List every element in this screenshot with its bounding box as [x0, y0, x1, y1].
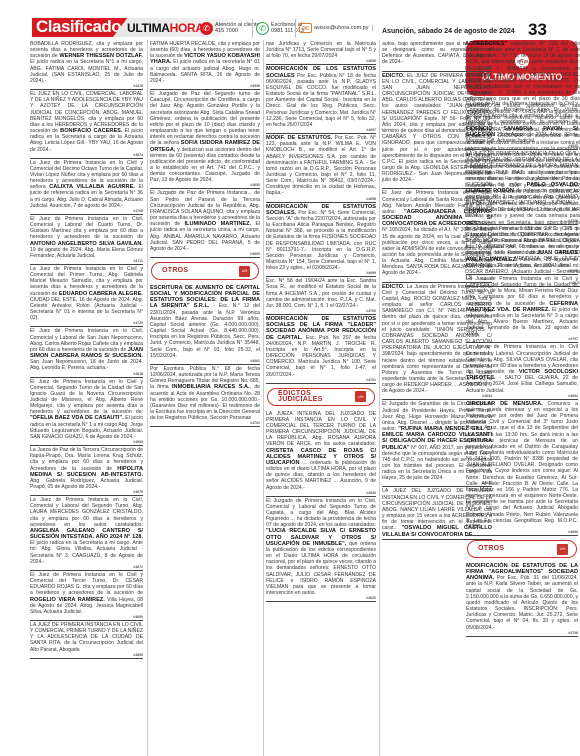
ad-name: ANTONIO ANGELBERTO SILVA GAVILAN. [30, 241, 143, 247]
ad-code: #4690 [466, 530, 578, 534]
ad-code: #4618 [30, 372, 143, 376]
classified-ad: LA JUEZ DE PRIMERA INSTANCIA EN LO CIVIL… [466, 150, 578, 225]
ad-text: El Juzgado de Primera Instancia en lo Ci… [266, 498, 376, 529]
ad-text: Esc. N° 58 del 19/04/24 ante la Esc. San… [266, 278, 376, 309]
classified-ad: BOBADILLA RODRÍGUEZ, cita y emplaza por … [30, 40, 143, 90]
section-title-banner: Clasificados [32, 18, 128, 37]
ad-name: EDICTO. [382, 73, 405, 79]
section-header-otros: OTROSUH [467, 540, 577, 558]
ad-text: Por Esc. Pública N° 18 de fecha 06/06/20… [266, 73, 376, 128]
classified-ad: MODIFICACIÓN DE LOS ESTATUTOS SOCIALES P… [266, 65, 376, 134]
classified-ad: FATIMA HUERTA RECALDE, cita y emplaza po… [150, 40, 260, 90]
ad-text: Abg. Gabriela Rodríguez, Actuaria Judici… [30, 478, 143, 490]
ad-text: - Esc. N.° 12 del 23/01/2024, pasada ant… [150, 303, 260, 358]
ad-text: El Juez de Primera Instancia en lo Civil… [30, 572, 143, 596]
classified-ad: MODIFICACIÓN DE ESTATUTOS SOCIALES. Por … [266, 203, 376, 278]
classified-ad: MODIF. DE ESTATUTOS. Por Esc. Pub. N° 12… [266, 134, 376, 203]
ad-code: #4705 [466, 219, 578, 223]
brand-logo: ULTIMAHORA [127, 21, 204, 35]
ad-code: #4672 [30, 565, 143, 569]
ad-code: #4659 [30, 615, 143, 619]
ad-code: #4694 [466, 394, 578, 398]
ad-code: #4525 [466, 144, 578, 148]
ad-name: ANGELINA GALEANO CANTERO S/ SUCESIÓN INT… [30, 528, 143, 540]
ad-text: CIUDAD DEL ESTE, 16 de Agosto de 2024. A… [30, 297, 143, 321]
classified-ad: La Jueza de Paz de la Tercera Circunscri… [30, 446, 143, 496]
ad-code: #4699 [266, 271, 376, 275]
classified-ad: El Juez de Paz de Primera Instancia en l… [466, 100, 578, 150]
contact-email[interactable]: ✉ avisos@uhora.com.py [295, 19, 373, 37]
ad-code: #4640 [266, 491, 376, 495]
classified-ad: La Jueza de Primera Instancia en lo Civi… [466, 343, 578, 399]
ad-code: #4707 [466, 337, 578, 341]
classified-ad: nas Jurídicas y Comercio en la Matrícula… [266, 40, 376, 65]
classified-ad: El Juzgado de Primera Instancia en lo Ci… [266, 497, 376, 603]
column-3: nas Jurídicas y Comercio en la Matrícula… [263, 40, 376, 756]
ad-code: #4700 [266, 309, 376, 313]
phone-icon: ✆ [200, 22, 213, 35]
ad-name: "OFELIA BAEZ VDA DE CASAUTI". [30, 415, 124, 421]
ad-code: #4701 [266, 378, 376, 382]
section-header-edictos: EDICTOS JUDICIALESUH [267, 388, 375, 406]
ad-code: #4708 [30, 209, 143, 213]
classified-ad: El Juez de Primera Instancia en lo Civil… [30, 378, 143, 447]
classified-ad: Por Escritura Pública N.° 68 de fecha 12… [150, 365, 260, 427]
ad-code: #4729 [30, 321, 143, 325]
section-badge-icon: UH [239, 266, 250, 277]
ad-name: CALIXTA VILLALBA AGUIRRE. [49, 184, 135, 190]
ad-text: San Juan Nepomuceno, 18 de Junio de 2024… [30, 359, 143, 371]
ad-name: CIRCULAR DE MENSURA. [466, 401, 543, 407]
classified-ad: LA JUEZ DE PRIMERA INSTANCIA EN LO CIVIL… [30, 621, 143, 659]
ad-text: El juicio radica en la Secretaría a mi c… [30, 540, 143, 564]
brand-part2: HORA [170, 21, 204, 35]
ad-code: #4697 [266, 128, 376, 132]
contact-email-value: avisos@uhora.com.py [314, 25, 373, 31]
ad-text: El juicio radica en la Secretaría N°1 a … [30, 59, 143, 83]
classified-ad: El Juez de Primera Instancia en lo Civil… [30, 215, 143, 265]
section-header-label: OTROS [478, 546, 504, 552]
ad-code: #4706 [466, 269, 578, 273]
ad-code: #4476 [30, 84, 143, 88]
classified-ad: El Juez de Primera Instancia en lo Civil… [30, 327, 143, 377]
ad-code: #4598 [150, 84, 260, 88]
ad-text: El Juez de Primera Instancia en lo Civil… [30, 379, 143, 416]
classified-ad: La Juez de Primera Instancia en lo Civil… [466, 275, 578, 344]
ad-text: El Juez de Paz de Primera Instancia en l… [466, 101, 578, 125]
whatsapp-icon: ✆ [256, 22, 269, 35]
classified-ad: El Juzgado de Paz de Primera Instancia..… [150, 189, 260, 258]
envelope-icon: ✉ [299, 23, 312, 33]
classified-ad: LA JUEZA INTERINA DEL JUZGADO DE PRIMERA… [266, 410, 376, 497]
column-1: BOBADILLA RODRÍGUEZ, cita y emplaza por … [30, 40, 143, 756]
ad-name: WERNER THIESSEN DOTZLAF. [59, 53, 143, 59]
page-header: Clasificados ULTIMAHORA ✆ Atención al cl… [0, 0, 580, 38]
classified-ad: CIRCULAR DE MENSURA. Comunico a quienes … [466, 400, 578, 536]
ad-text: El Juez de Primera Instancia en lo Civil… [30, 216, 143, 240]
classified-ad: EL JUEZ EN LO CIVIL, COMERCIAL, LABORAL … [30, 90, 143, 159]
ad-text: , de acuerdo al Acta de Asamblea Ordinar… [150, 384, 260, 421]
section-badge-icon: UH [557, 544, 568, 555]
ad-text: La Juez de Primera Instancia en lo Civil… [30, 497, 143, 528]
classified-ad: El Juez de Primera Instancia en lo Civil… [30, 571, 143, 621]
column-6: El Juez de Paz de Primera Instancia en l… [466, 100, 578, 756]
ad-code: #4653 [30, 440, 143, 444]
ad-text: El Juzgado de Paz del Segundo turno de C… [150, 91, 260, 146]
classified-ad: MODIFICACIÓN DE ESTATUTOS DE LA FIRMA "A… [466, 562, 578, 637]
ad-text: LA JUEZA INTERINA DEL JUZGADO DE PRIMERA… [266, 411, 376, 448]
ad-code: #4620 [266, 596, 376, 600]
ad-text: y deduzcan sus acciones dentro del térmi… [150, 147, 260, 184]
ad-code: #4650 [150, 183, 260, 187]
ad-code: #4695 [30, 653, 143, 657]
ad-text: El Juez de Primera Instancia en lo Civil… [30, 328, 143, 352]
ad-code: #4679 [30, 490, 143, 494]
ad-name: MODIF. DE ESTATUTOS. [266, 135, 332, 141]
ad-name: EDICTO. [382, 284, 405, 290]
classified-ad: ESCRITURA DE AUMENTO DE CAPITAL SOCIAL Y… [150, 284, 260, 365]
ad-name: EDUARDO CABRERA ALEGRE. [59, 291, 143, 297]
ad-code: #4574 [30, 153, 143, 157]
classified-ad: La Juez de Primera Instancia en lo Civil… [30, 159, 143, 215]
ad-text: que ordena la publicación de los edictos… [266, 541, 376, 596]
ad-text: Esc. Pub. No 207 de fecha 24/06/2024, N.… [266, 335, 376, 378]
classified-ad: La Juez de Primera Instancia en lo Civil… [30, 265, 143, 327]
ad-name: ROGELIO VIERA RAMIREZ. [30, 597, 105, 603]
section-badge-icon: UH [355, 391, 366, 402]
section-header-label: OTROS [162, 268, 188, 274]
page-number: 33 [528, 20, 547, 40]
classified-ad: La Juez de Primera Instancia en lo Civil… [466, 225, 578, 275]
ad-text: Por Esc. Pub. N° 123, pasada ante la N.P… [266, 135, 376, 196]
publication-date: Asunción, sábado 24 de agosto de 2024 [382, 28, 515, 35]
ad-text: Comunico a quienes pueda interesar y en … [466, 401, 578, 530]
ad-code: #4702 [150, 421, 260, 425]
classified-ad: MODIFICACIÓN DE ESTATUTOS SOCIALES DE LA… [266, 315, 376, 384]
ad-text: nas Jurídicas y Comercio en la Matrícula… [266, 41, 376, 59]
section-header-otros: OTROSUH [151, 262, 259, 280]
ad-code: #4698 [266, 197, 376, 201]
ad-text: 19 de agosto de 2024. Abg. María Elena G… [30, 247, 143, 259]
column-2: FATIMA HUERTA RECALDE, cita y emplaza po… [147, 40, 260, 756]
ad-text: Por Esc. N° 54, Serie Comercial, Sección… [266, 210, 376, 271]
classified-ad: La Juez de Primera Instancia en lo Civil… [30, 496, 143, 571]
ad-code: #4661 [150, 359, 260, 363]
ad-code: #4711 [30, 259, 143, 263]
ad-code: #4706 [466, 631, 578, 635]
classified-ad: El Juzgado de Paz del Segundo turno de C… [150, 90, 260, 189]
ad-name: ACREEDORES" [465, 41, 507, 47]
ad-name: INMOBILIARIA RAICES S.A. [172, 384, 250, 390]
contact-phone-value: 415 7000 [215, 28, 238, 34]
brand-part1: ULTIMA [127, 21, 170, 35]
classified-ad: Esc. N° 58 del 19/04/24 ante la Esc. San… [266, 277, 376, 315]
ad-name: BONIFACIO CACERES. [60, 128, 122, 134]
ad-text: Por Esc. Púb. 31 del 11/06/2024, ante la… [466, 575, 578, 630]
ad-code: #4696 [266, 59, 376, 63]
ad-text: LA JUEZ DE PRIMERA INSTANCIA EN LO CIVIL… [30, 622, 143, 653]
section-header-label: EDICTOS JUDICIALES [278, 391, 355, 403]
ad-code: #4690 [150, 252, 260, 256]
ad-name: ILUMINADO MARTINEZ. [184, 221, 251, 227]
